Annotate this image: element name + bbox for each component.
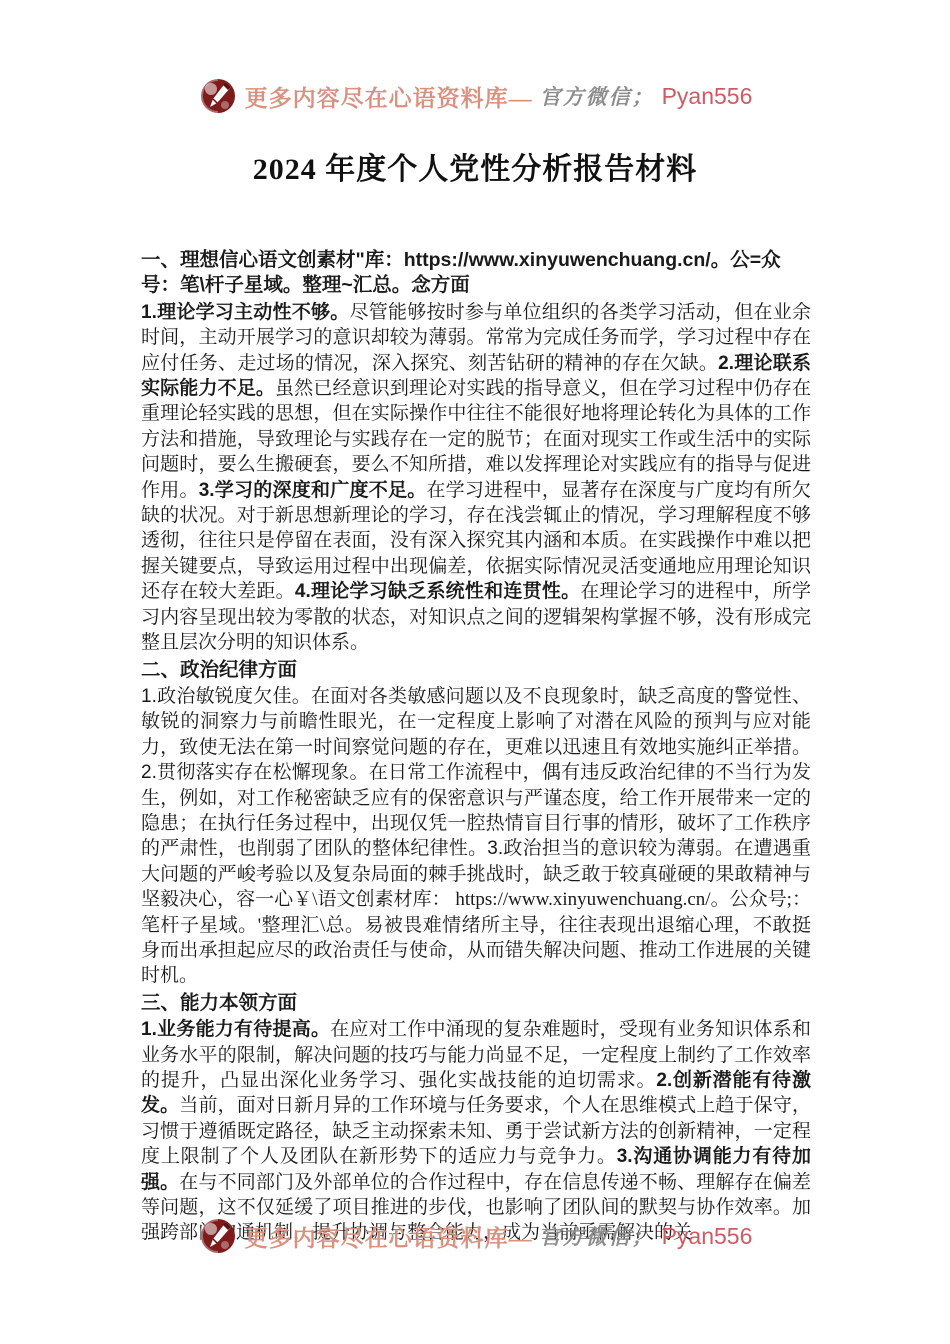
- watermark-brand-text: 更多内容尽在心语资料库—: [245, 80, 533, 113]
- watermark-wechat-id: Pyan556: [662, 1223, 753, 1250]
- text-run: 4.理论学习缺乏系统性和连贯性。: [295, 581, 580, 602]
- text-run: 1.政治敏锐度欠佳。在面对各类敏感问题以及不良现象时，缺乏高度的警觉性、敏锐的洞…: [141, 686, 811, 910]
- document-body: 一、理想信心语文创素材"库：https://www.xinyuwenchuang…: [141, 246, 811, 1246]
- paragraph: 1.业务能力有待提高。在应对工作中涌现的复杂难题时，受现有业务知识体系和业务水平…: [141, 1017, 811, 1246]
- paragraph: 1.理论学习主动性不够。尽管能够按时参与单位组织的各类学习活动，但在业余时间，主…: [141, 300, 811, 656]
- document-page: 更多内容尽在心语资料库— 官方微信； Pyan556 2024 年度个人党性分析…: [0, 0, 950, 1344]
- header-watermark: 更多内容尽在心语资料库— 官方微信； Pyan556: [0, 76, 950, 116]
- footer-watermark: 更多内容尽在心语资料库— 官方微信； Pyan556: [0, 1216, 950, 1256]
- watermark-wechat-id: Pyan556: [662, 83, 753, 110]
- watermark-channel-label: 官方微信；: [540, 1221, 655, 1251]
- text-run: 3.学习的深度和广度不足。: [199, 480, 427, 501]
- text-run: 三、能力本领方面: [141, 992, 297, 1014]
- text-run: 二、政治纪律方面: [141, 659, 297, 681]
- pen-ink-circle-icon: [198, 76, 238, 116]
- text-run: 1.理论学习主动性不够。: [141, 302, 349, 323]
- page-title: 2024 年度个人党性分析报告材料: [0, 144, 950, 188]
- section-heading: 一、理想信心语文创素材"库：https://www.xinyuwenchuang…: [141, 248, 811, 299]
- watermark-brand-text: 更多内容尽在心语资料库—: [245, 1220, 533, 1253]
- section-heading: 三、能力本领方面: [141, 991, 811, 1016]
- pen-ink-circle-icon: [198, 1216, 238, 1256]
- section-heading: 二、政治纪律方面: [141, 658, 811, 683]
- text-run: 一、理想信心语文创素材"库：https://www.xinyuwenchuang…: [141, 249, 781, 296]
- text-run: 1.业务能力有待提高。: [141, 1019, 330, 1040]
- paragraph: 1.政治敏锐度欠佳。在面对各类敏感问题以及不良现象时，缺乏高度的警觉性、敏锐的洞…: [141, 684, 811, 989]
- watermark-channel-label: 官方微信；: [540, 81, 655, 111]
